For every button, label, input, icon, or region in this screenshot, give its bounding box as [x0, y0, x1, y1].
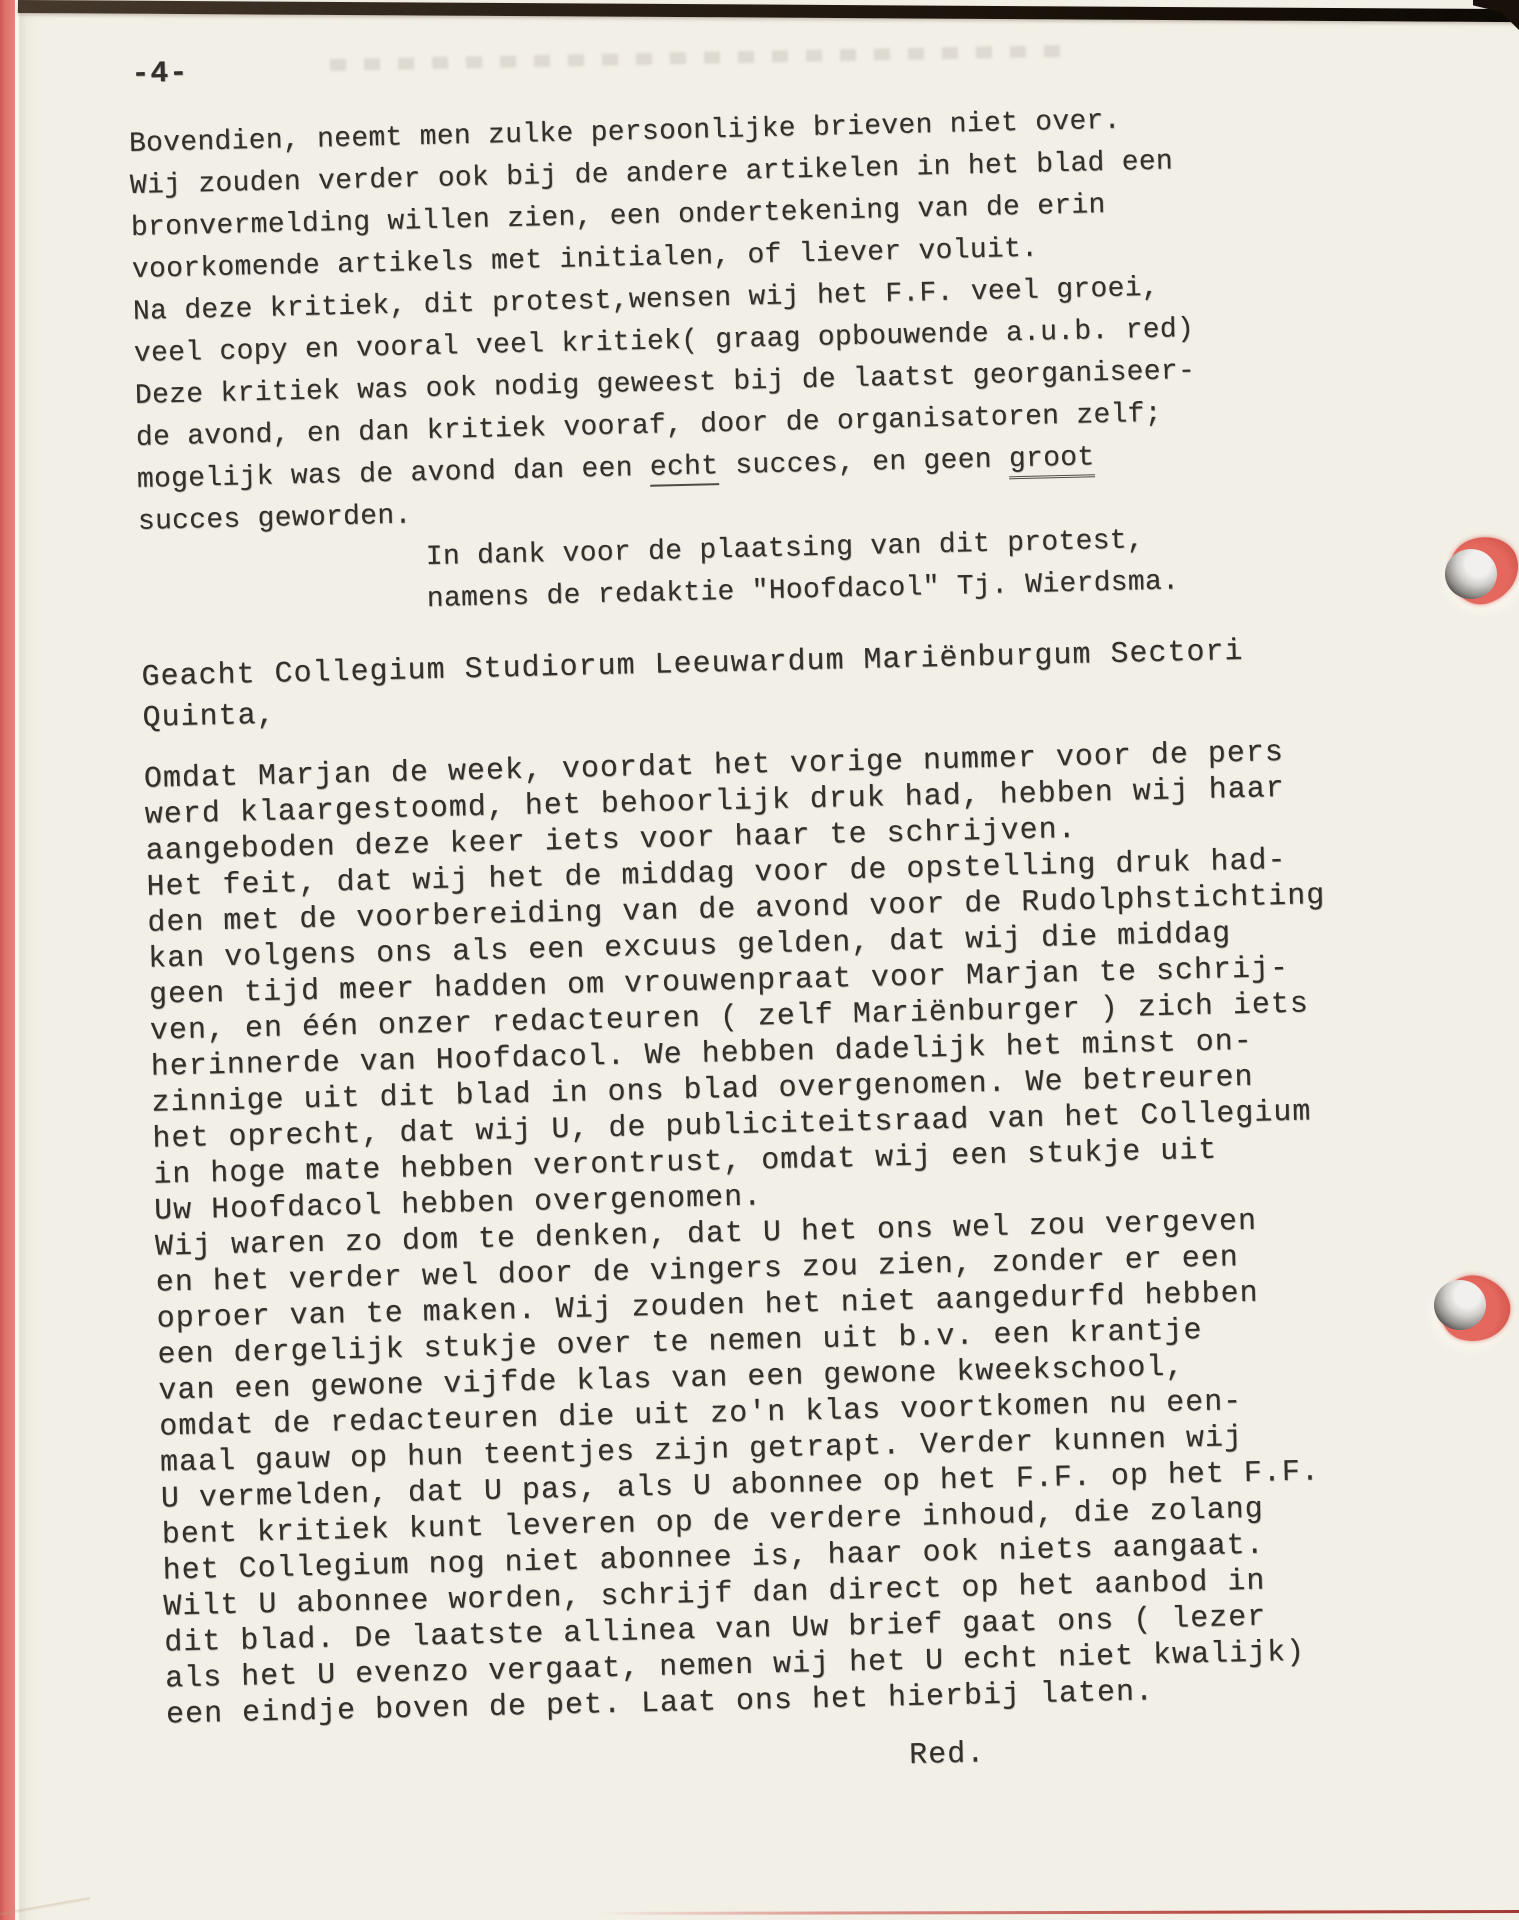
salutation: Geacht Collegium Studiorum Leeuwardum Ma…: [141, 626, 1478, 739]
punch-hole-bottom: [1420, 1268, 1519, 1360]
binding-strip: [0, 0, 15, 1920]
text-segment: succes, en geen: [718, 444, 1009, 482]
underlined-word: groot: [1009, 442, 1095, 479]
scan-bottom-edge-line: [598, 1910, 1519, 1915]
paragraph-protest: Bovendien, neemt men zulke persoonlijke …: [129, 93, 1472, 460]
letter-collegium: Geacht Collegium Studiorum Leeuwardum Ma…: [141, 626, 1502, 1792]
letter-body: Omdat Marjan de week, voordat het vorige…: [144, 730, 1502, 1733]
page-number: -4-: [131, 27, 1462, 92]
text-segment: mogelijk was de avond dan een: [137, 453, 651, 496]
signature: Red.: [909, 1724, 1503, 1775]
page-left-edge-shadow: [15, 0, 37, 1920]
scan-top-edge: [18, 0, 1519, 22]
punch-hole-top: [1433, 531, 1519, 623]
typed-page: -4- Bovendien, neemt men zulke persoonli…: [127, 27, 1503, 1793]
underlined-word: echt: [650, 451, 719, 487]
letter-protest: Bovendien, neemt men zulke persoonlijke …: [129, 93, 1476, 628]
hole-shadow-core: [1434, 1280, 1486, 1330]
page-bottom-left-corner: [0, 1893, 90, 1920]
hole-shadow-core: [1445, 549, 1497, 599]
